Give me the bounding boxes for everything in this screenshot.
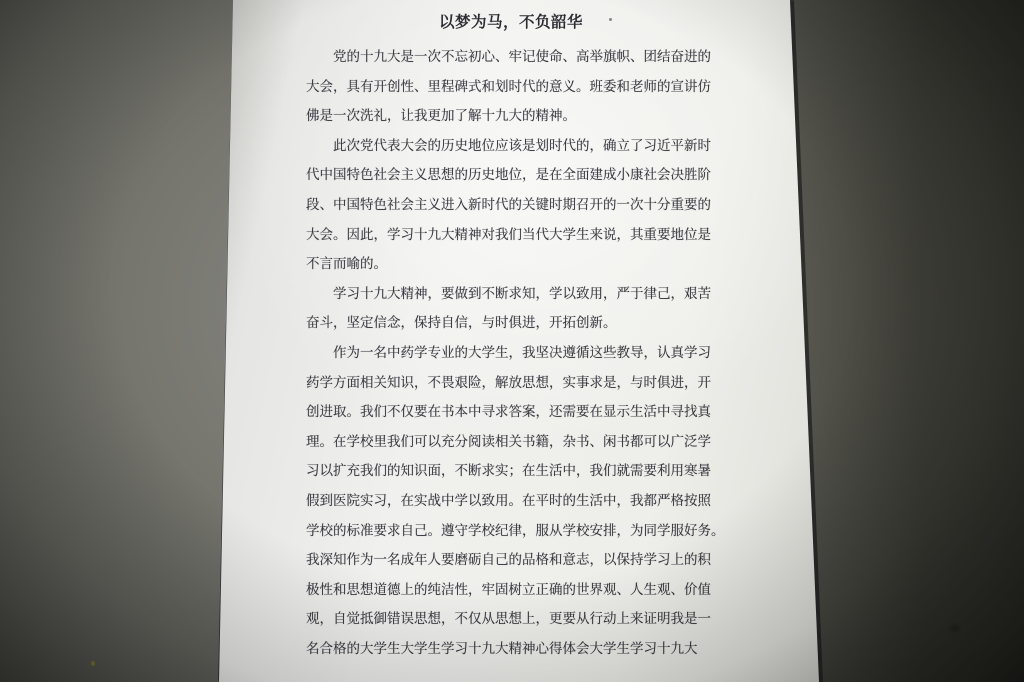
text-line: 习以扩充我们的知识面，不断求实；在生活中，我们就需要利用寒暑 xyxy=(306,456,716,486)
text-line: 学校的标准要求自己。遵守学校纪律，服从学校安排，为同学服好务。 xyxy=(306,516,716,546)
dust-speck-yellow xyxy=(91,661,95,666)
text-line: 假到医院实习，在实战中学以致用。在平时的生活中，我都严格按照 xyxy=(306,486,716,516)
text-line: 不言而喻的。 xyxy=(306,249,716,279)
surface-smudge xyxy=(950,625,960,631)
text-line: 观，自觉抵御错误思想，不仅从思想上，更要从行动上来证明我是一 xyxy=(306,604,716,634)
text-line: 我深知作为一名成年人要磨砺自己的品格和意志，以保持学习上的积 xyxy=(306,545,716,575)
text-line: 作为一名中药学专业的大学生，我坚决遵循这些教导，认真学习 xyxy=(306,338,716,368)
text-line: 佛是一次洗礼，让我更加了解十九大的精神。 xyxy=(306,101,716,131)
text-line: 药学方面相关知识，不畏艰险，解放思想，实事求是，与时俱进，开 xyxy=(306,368,716,398)
text-line: 大会。因此，学习十九大精神对我们当代大学生来说，其重要地位是 xyxy=(306,220,716,250)
page-content: 以梦为马，不负韶华 党的十九大是一次不忘初心、牢记使命、高举旗帜、团结奋进的大会… xyxy=(306,0,716,663)
text-line: 大会，具有开创性、里程碑式和划时代的意义。班委和老师的宣讲仿 xyxy=(306,72,716,102)
dust-speck xyxy=(609,18,612,21)
text-line: 理。在学校里我们可以充分阅读相关书籍，杂书、闲书都可以广泛学 xyxy=(306,427,716,457)
paragraph: 此次党代表大会的历史地位应该是划时代的，确立了习近平新时代中国特色社会主义思想的… xyxy=(306,131,716,279)
text-line: 学习十九大精神，要做到不断求知，学以致用，严于律己，艰苦 xyxy=(306,279,716,309)
text-line: 名合格的大学生大学生学习十九大精神心得体会大学生学习十九大 xyxy=(306,634,716,664)
document-title: 以梦为马，不负韶华 xyxy=(306,12,716,34)
text-line: 段、中国特色社会主义进入新时代的关键时期召开的一次十分重要的 xyxy=(306,190,716,220)
paragraph: 党的十九大是一次不忘初心、牢记使命、高举旗帜、团结奋进的大会，具有开创性、里程碑… xyxy=(306,42,716,131)
photo-surface: 以梦为马，不负韶华 党的十九大是一次不忘初心、牢记使命、高举旗帜、团结奋进的大会… xyxy=(0,0,1024,682)
text-line: 代中国特色社会主义思想的历史地位，是在全面建成小康社会决胜阶 xyxy=(306,160,716,190)
document-body: 党的十九大是一次不忘初心、牢记使命、高举旗帜、团结奋进的大会，具有开创性、里程碑… xyxy=(306,42,716,663)
document-page: 以梦为马，不负韶华 党的十九大是一次不忘初心、牢记使命、高举旗帜、团结奋进的大会… xyxy=(216,0,822,682)
text-line: 创进取。我们不仅要在书本中寻求答案，还需要在显示生活中寻找真 xyxy=(306,397,716,427)
text-line: 奋斗，坚定信念，保持自信，与时俱进，开拓创新。 xyxy=(306,308,716,338)
paragraph: 学习十九大精神，要做到不断求知，学以致用，严于律己，艰苦奋斗，坚定信念，保持自信… xyxy=(306,279,716,338)
text-line: 党的十九大是一次不忘初心、牢记使命、高举旗帜、团结奋进的 xyxy=(306,42,716,72)
text-line: 极性和思想道德上的纯洁性，牢固树立正确的世界观、人生观、价值 xyxy=(306,575,716,605)
text-line: 此次党代表大会的历史地位应该是划时代的，确立了习近平新时 xyxy=(306,131,716,161)
paragraph: 作为一名中药学专业的大学生，我坚决遵循这些教导，认真学习药学方面相关知识，不畏艰… xyxy=(306,338,716,664)
